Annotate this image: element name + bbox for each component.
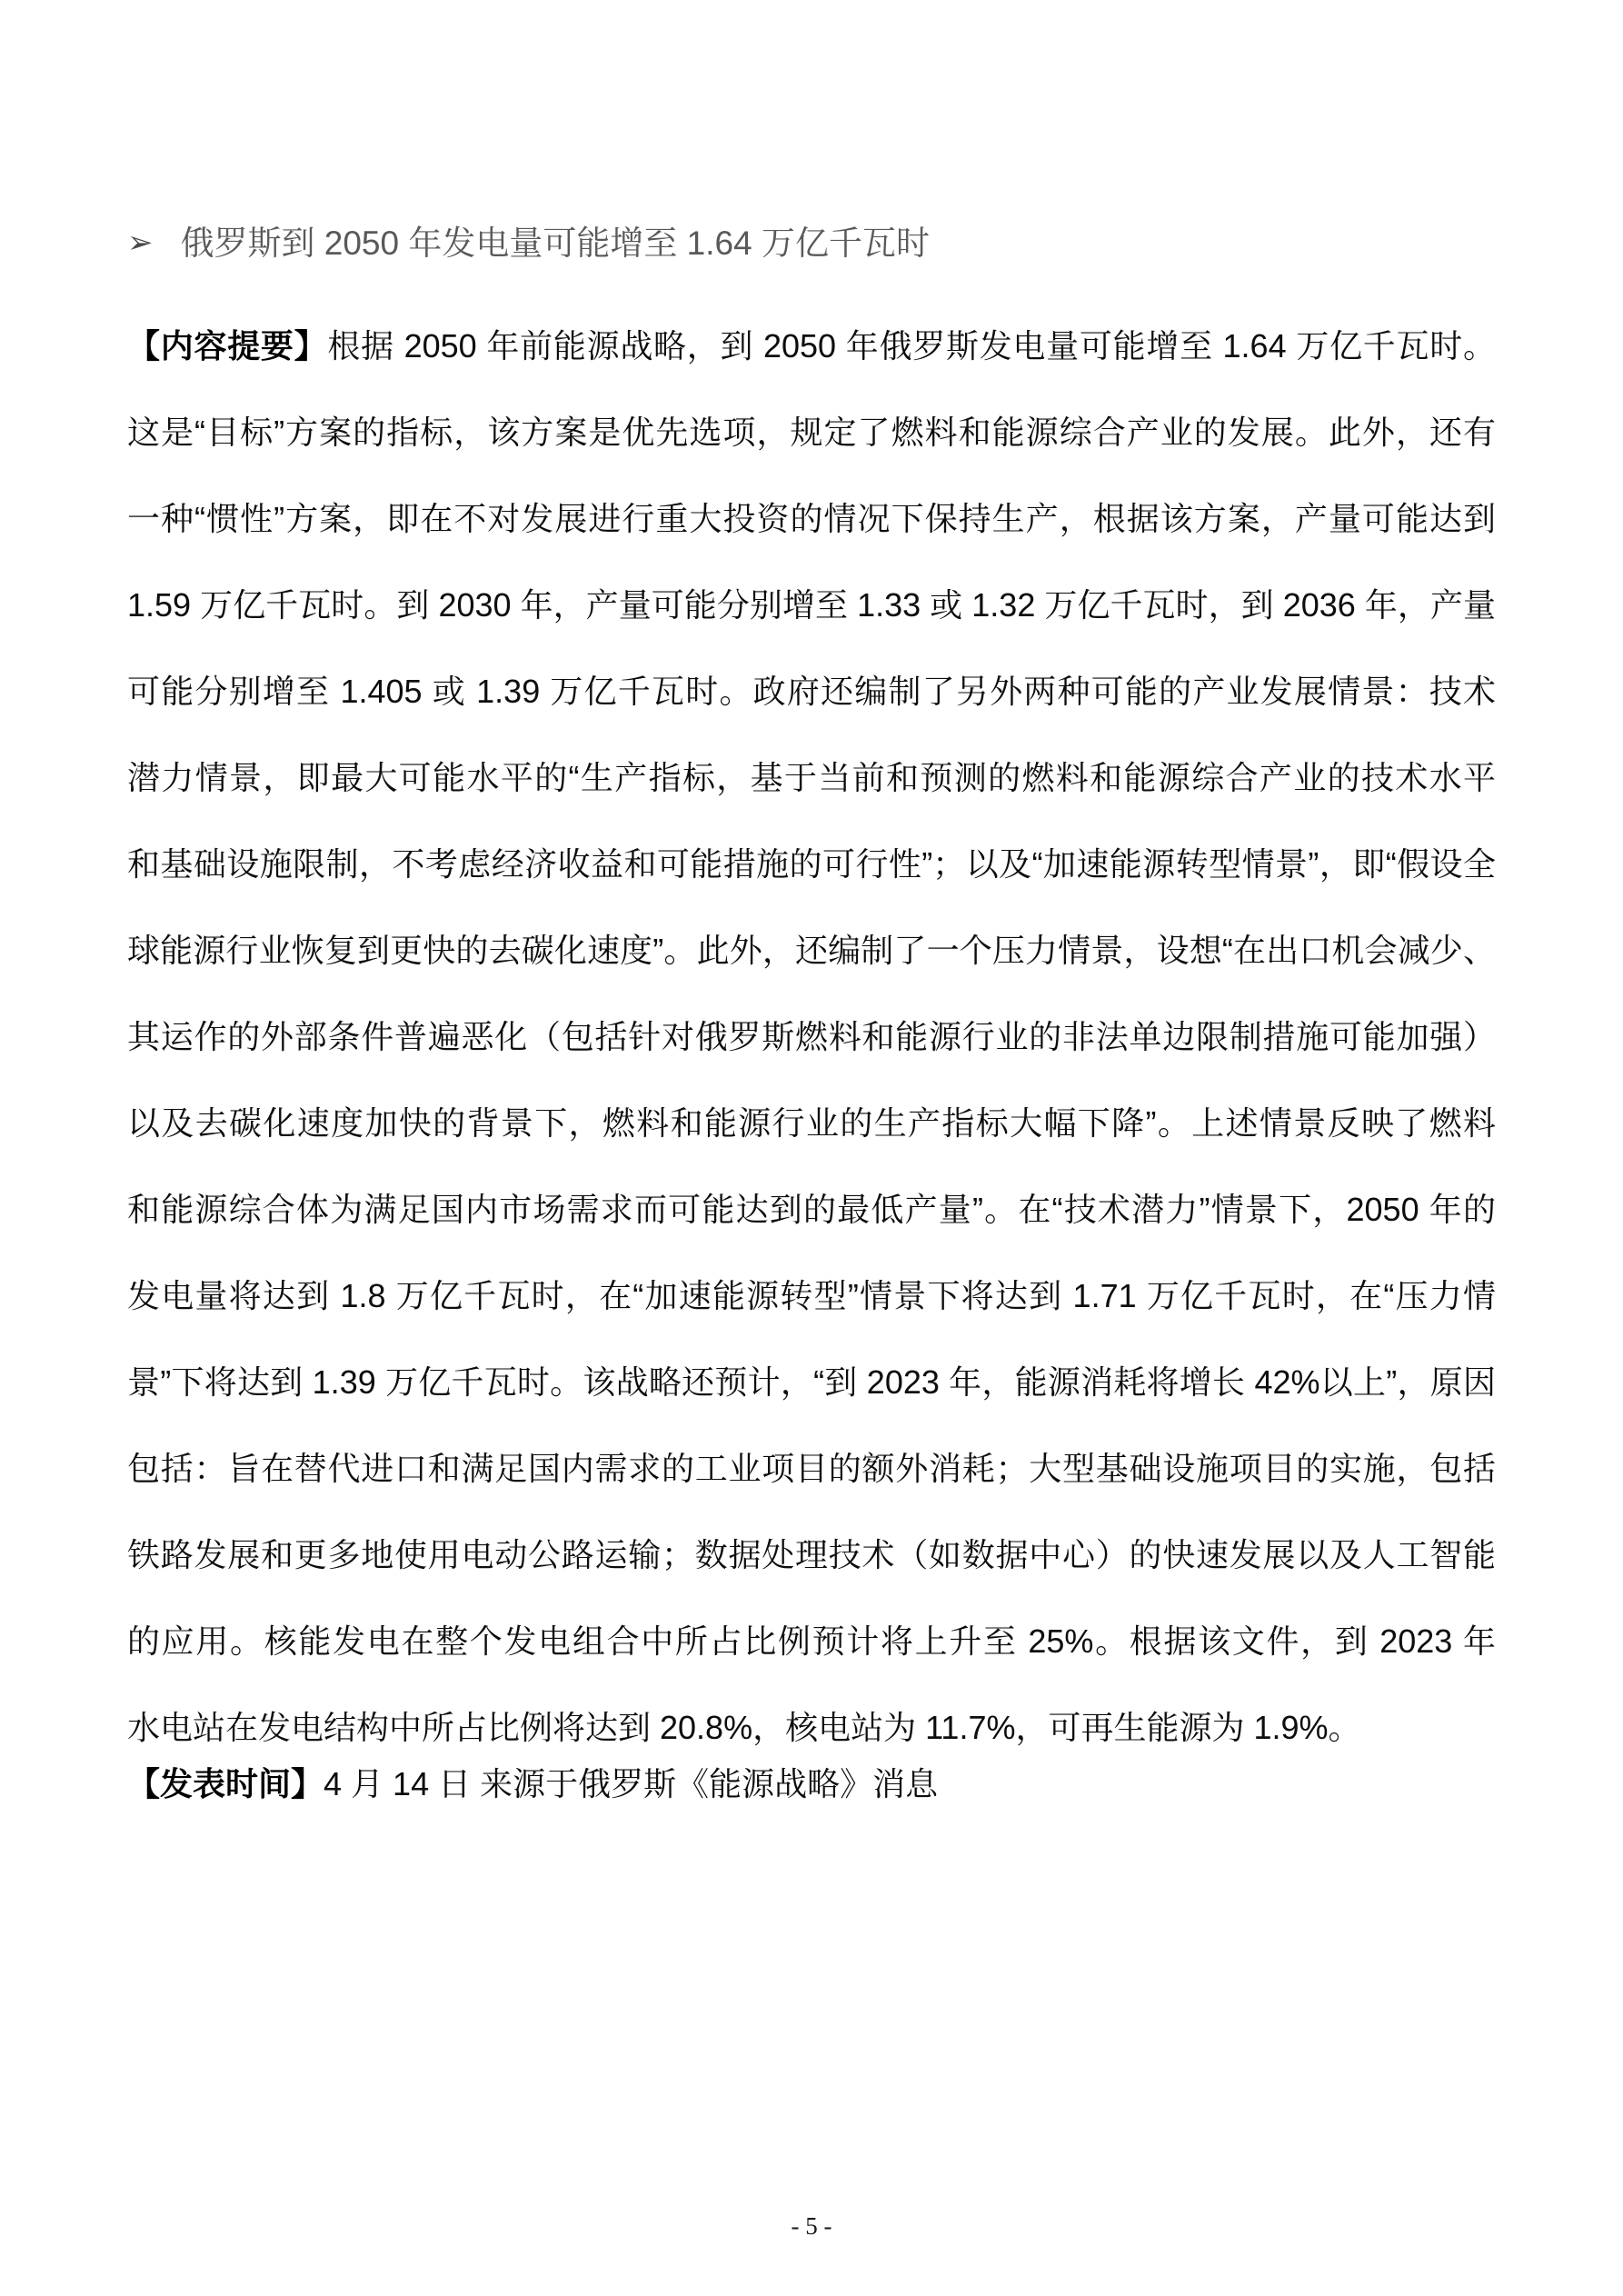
paragraph-line: 包括：旨在替代进口和满足国内需求的工业项目的额外消耗；大型基础设施项目的实施，包… bbox=[127, 1425, 1496, 1512]
paragraph-line-text: 和能源综合体为满足国内市场需求而可能达到的最低产量”。在“技术潜力”情景下，20… bbox=[127, 1191, 1496, 1228]
paragraph-line-text: 一种“惯性”方案，即在不对发展进行重大投资的情况下保持生产，根据该方案，产量可能… bbox=[127, 500, 1496, 537]
paragraph-line-text: 以及去碳化速度加快的背景下，燃料和能源行业的生产指标大幅下降”。上述情景反映了燃… bbox=[127, 1104, 1496, 1142]
paragraph-line: 其运作的外部条件普遍恶化（包括针对俄罗斯燃料和能源行业的非法单边限制措施可能加强… bbox=[127, 993, 1496, 1080]
paragraph-line: 和能源综合体为满足国内市场需求而可能达到的最低产量”。在“技术潜力”情景下，20… bbox=[127, 1166, 1496, 1253]
publish-text: 4 月 14 日 来源于俄罗斯《能源战略》消息 bbox=[324, 1765, 938, 1802]
paragraph-line-text: 发电量将达到 1.8 万亿千瓦时，在“加速能源转型”情景下将达到 1.71 万亿… bbox=[127, 1277, 1496, 1314]
paragraph-line-text: 和基础设施限制，不考虑经济收益和可能措施的可行性”；以及“加速能源转型情景”，即… bbox=[127, 845, 1496, 883]
paragraph-line: 潜力情景，即最大可能水平的“生产指标，基于当前和预测的燃料和能源综合产业的技术水… bbox=[127, 734, 1496, 821]
paragraph-line: 一种“惯性”方案，即在不对发展进行重大投资的情况下保持生产，根据该方案，产量可能… bbox=[127, 475, 1496, 562]
paragraph-line: 1.59 万亿千瓦时。到 2030 年，产量可能分别增至 1.33 或 1.32… bbox=[127, 562, 1496, 648]
paragraph-line-text: 可能分别增至 1.405 或 1.39 万亿千瓦时。政府还编制了另外两种可能的产… bbox=[127, 673, 1496, 710]
paragraph-line-text: 这是“目标”方案的指标，该方案是优先选项，规定了燃料和能源综合产业的发展。此外，… bbox=[127, 414, 1496, 451]
paragraph-line: 以及去碳化速度加快的背景下，燃料和能源行业的生产指标大幅下降”。上述情景反映了燃… bbox=[127, 1080, 1496, 1166]
paragraph-line: 球能源行业恢复到更快的去碳化速度”。此外，还编制了一个压力情景，设想“在出口机会… bbox=[127, 907, 1496, 993]
document-page: ➢俄罗斯到 2050 年发电量可能增至 1.64 万亿千瓦时 【内容提要】根据 … bbox=[0, 0, 1623, 2296]
paragraph-line-text: 铁路发展和更多地使用电动公路运输；数据处理技术（如数据中心）的快速发展以及人工智… bbox=[127, 1536, 1496, 1573]
paragraph-line-text: 根据 2050 年前能源战略，到 2050 年俄罗斯发电量可能增至 1.64 万… bbox=[327, 327, 1496, 364]
paragraph-line: 发电量将达到 1.8 万亿千瓦时，在“加速能源转型”情景下将达到 1.71 万亿… bbox=[127, 1253, 1496, 1339]
paragraph-line: 和基础设施限制，不考虑经济收益和可能措施的可行性”；以及“加速能源转型情景”，即… bbox=[127, 821, 1496, 907]
paragraph-line: 景”下将达到 1.39 万亿千瓦时。该战略还预计，“到 2023 年，能源消耗将… bbox=[127, 1339, 1496, 1425]
article-heading: ➢俄罗斯到 2050 年发电量可能增至 1.64 万亿千瓦时 bbox=[127, 216, 1496, 272]
paragraph-line-text: 潜力情景，即最大可能水平的“生产指标，基于当前和预测的燃料和能源综合产业的技术水… bbox=[127, 759, 1496, 796]
paragraph-line: 【内容提要】根据 2050 年前能源战略，到 2050 年俄罗斯发电量可能增至 … bbox=[127, 303, 1496, 389]
publish-label: 【发表时间】 bbox=[127, 1765, 324, 1802]
paragraph-line: 铁路发展和更多地使用电动公路运输；数据处理技术（如数据中心）的快速发展以及人工智… bbox=[127, 1512, 1496, 1598]
paragraph-line-text: 景”下将达到 1.39 万亿千瓦时。该战略还预计，“到 2023 年，能源消耗将… bbox=[127, 1363, 1496, 1401]
paragraph-line: 这是“目标”方案的指标，该方案是优先选项，规定了燃料和能源综合产业的发展。此外，… bbox=[127, 389, 1496, 475]
article-title: 俄罗斯到 2050 年发电量可能增至 1.64 万亿千瓦时 bbox=[181, 225, 930, 262]
arrow-bullet-icon: ➢ bbox=[127, 215, 154, 270]
summary-paragraph: 【内容提要】根据 2050 年前能源战略，到 2050 年俄罗斯发电量可能增至 … bbox=[127, 303, 1496, 1771]
paragraph-label: 【内容提要】 bbox=[127, 327, 327, 364]
page-footer: - 5 - bbox=[0, 2211, 1623, 2241]
paragraph-line-text: 球能源行业恢复到更快的去碳化速度”。此外，还编制了一个压力情景，设想“在出口机会… bbox=[127, 932, 1496, 969]
publish-line: 【发表时间】4 月 14 日 来源于俄罗斯《能源战略》消息 bbox=[127, 1741, 1496, 1827]
paragraph-line: 的应用。核能发电在整个发电组合中所占比例预计将上升至 25%。根据该文件，到 2… bbox=[127, 1598, 1496, 1684]
paragraph-line-text: 其运作的外部条件普遍恶化（包括针对俄罗斯燃料和能源行业的非法单边限制措施可能加强… bbox=[127, 1018, 1496, 1055]
page-number: - 5 - bbox=[792, 2212, 832, 2240]
paragraph-line-text: 包括：旨在替代进口和满足国内需求的工业项目的额外消耗；大型基础设施项目的实施，包… bbox=[127, 1450, 1496, 1487]
paragraph-line: 可能分别增至 1.405 或 1.39 万亿千瓦时。政府还编制了另外两种可能的产… bbox=[127, 648, 1496, 734]
paragraph-line-text: 1.59 万亿千瓦时。到 2030 年，产量可能分别增至 1.33 或 1.32… bbox=[127, 586, 1496, 624]
paragraph-line-text: 的应用。核能发电在整个发电组合中所占比例预计将上升至 25%。根据该文件，到 2… bbox=[127, 1622, 1496, 1684]
